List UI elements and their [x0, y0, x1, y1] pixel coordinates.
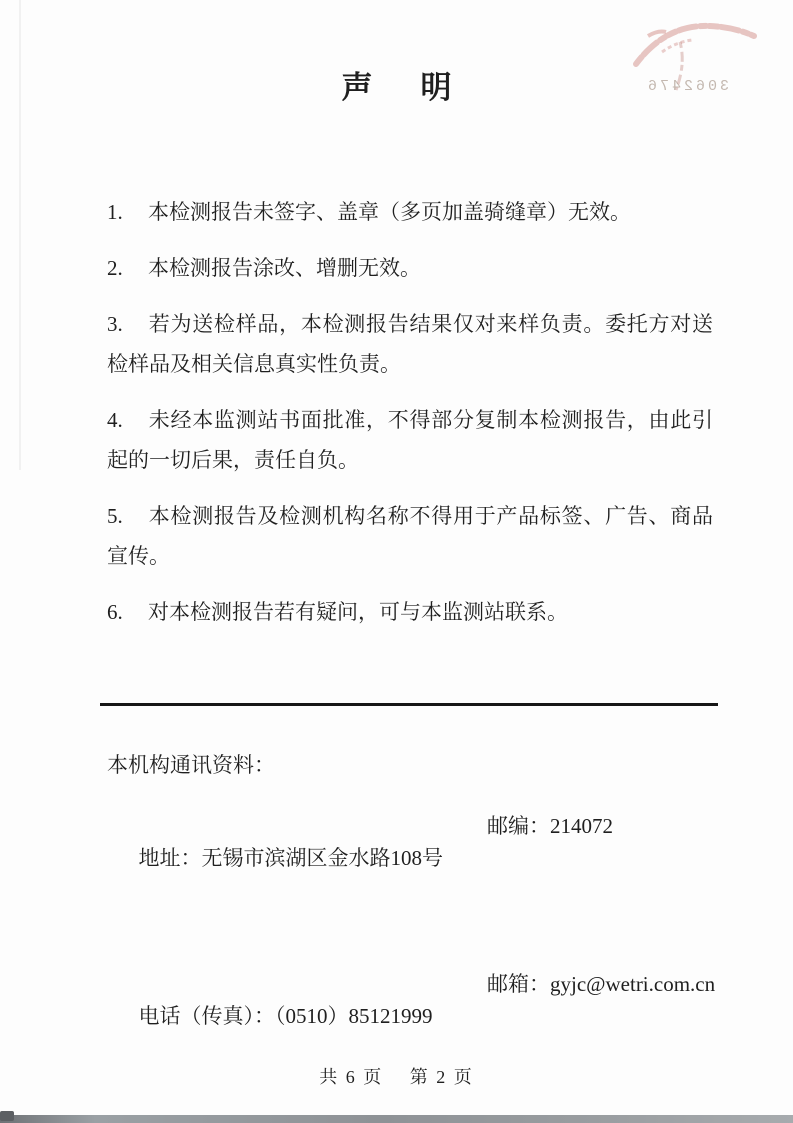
item-text: 对本检测报告若有疑问，可与本监测站联系。 [148, 600, 568, 624]
declaration-item-2: 2.本检测报告涂改、增删无效。 [107, 248, 713, 288]
declaration-page: 3062476 声明 1.本检测报告未签字、盖章（多页加盖骑缝章）无效。 2.本… [0, 0, 793, 1123]
declaration-item-1: 1.本检测报告未签字、盖章（多页加盖骑缝章）无效。 [107, 192, 713, 232]
item-number: 5. [107, 496, 148, 536]
item-number: 2. [107, 248, 148, 288]
item-number: 6. [107, 592, 148, 632]
item-text: 若为送检样品，本检测报告结果仅对来样负责。委托方对送检样品及相关信息真实性负责。 [107, 312, 713, 376]
scan-artifact-line [19, 0, 21, 470]
contact-row-address: 地址：无锡市滨湖区金水路108号 邮编：214072 [107, 810, 713, 938]
item-number: 1. [107, 192, 148, 232]
phone-value: 电话（传真）：（0510）85121999 [139, 1004, 433, 1028]
declaration-list: 1.本检测报告未签字、盖章（多页加盖骑缝章）无效。 2.本检测报告涂改、增删无效… [107, 192, 713, 632]
contact-section: 本机构通讯资料： 地址：无锡市滨湖区金水路108号 邮编：214072 电话（传… [107, 750, 713, 1096]
item-text: 本检测报告涂改、增删无效。 [148, 256, 421, 280]
item-number: 4. [107, 400, 148, 440]
item-text: 本检测报告及检测机构名称不得用于产品标签、广告、商品宣传。 [107, 504, 713, 568]
item-number: 3. [107, 304, 148, 344]
address-value: 地址：无锡市滨湖区金水路108号 [139, 846, 444, 870]
item-text: 本检测报告未签字、盖章（多页加盖骑缝章）无效。 [148, 200, 631, 224]
scan-edge-artifact [0, 1115, 793, 1123]
horizontal-rule [100, 703, 718, 706]
page-number-footer: 共 6 页 第 2 页 [0, 1063, 793, 1089]
declaration-item-5: 5.本检测报告及检测机构名称不得用于产品标签、广告、商品宣传。 [107, 496, 713, 576]
declaration-item-3: 3.若为送检样品，本检测报告结果仅对来样负责。委托方对送检样品及相关信息真实性负… [107, 304, 713, 384]
postcode-value: 邮编：214072 [487, 810, 613, 842]
declaration-item-6: 6.对本检测报告若有疑问，可与本监测站联系。 [107, 592, 713, 632]
item-text: 未经本监测站书面批准，不得部分复制本检测报告，由此引起的一切后果，责任自负。 [107, 408, 713, 472]
bleed-through-digits: 3062476 [645, 78, 729, 95]
email-value: 邮箱：gyjc@wetri.com.cn [487, 968, 715, 1000]
contact-heading: 本机构通讯资料： [107, 750, 713, 780]
declaration-item-4: 4.未经本监测站书面批准，不得部分复制本检测报告，由此引起的一切后果，责任自负。 [107, 400, 713, 480]
